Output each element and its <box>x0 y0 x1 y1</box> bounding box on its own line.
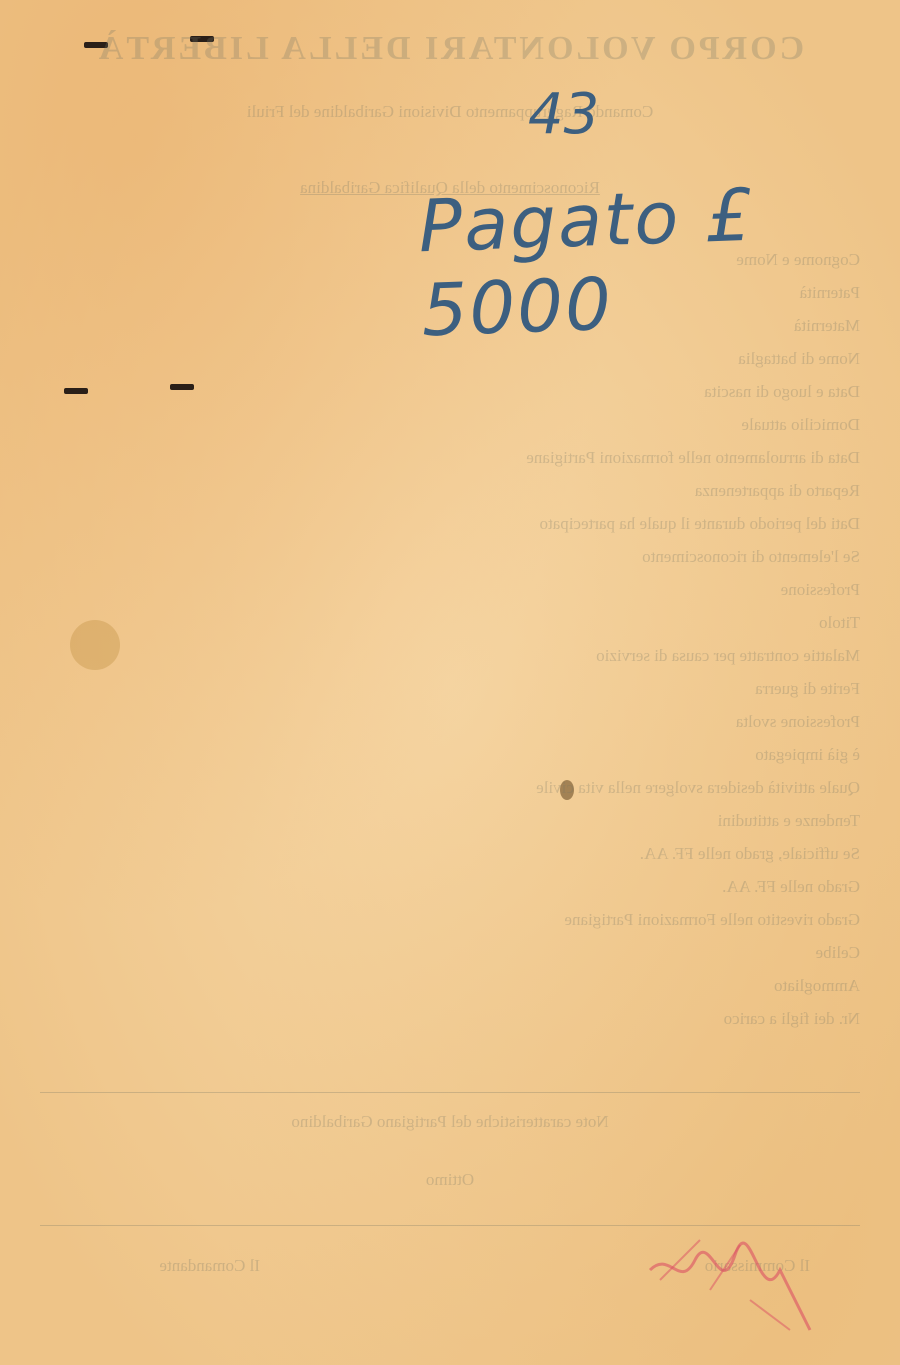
form-field-label: Professione svolta <box>736 712 860 732</box>
form-field-label: Reparto di appartenenza <box>695 481 860 501</box>
red-scribble-mark <box>640 1230 820 1340</box>
form-title: CORPO VOLONTARI DELLA LIBERTÀ <box>70 30 830 68</box>
form-field-label: Data di arruolamento nelle formazioni Pa… <box>526 448 860 468</box>
form-field-label: Ammogliato <box>774 976 860 996</box>
form-field-label: Malattie contratte per causa di servizio <box>596 646 860 666</box>
divider <box>40 1225 860 1226</box>
form-field-label: Grado rivestito nelle Formazioni Partigi… <box>564 910 860 930</box>
form-field-label: Domicilio attuale <box>742 415 861 435</box>
divider <box>40 1092 860 1093</box>
form-field-label: Quale attività desidera svolgere nella v… <box>536 778 860 798</box>
form-field-label: Tendenze e attitudini <box>718 811 860 831</box>
notes-sub: Ottimo <box>400 1170 500 1190</box>
form-field-label: Nr. dei figli a carico <box>724 1009 860 1029</box>
signature-right: Il Comandante <box>159 1256 260 1276</box>
form-field-label: Se ufficiale, grado nelle FF. AA. <box>640 844 860 864</box>
form-field-label: Ferite di guerra <box>755 679 860 699</box>
handwritten-payment-note: Pagato £ 5000 <box>417 168 900 353</box>
form-field-label: Grado nelle FF. AA. <box>722 877 860 897</box>
form-field-label: è già impiegato <box>755 745 860 765</box>
notes-heading: Note caratteristiche del Partigiano Gari… <box>200 1112 700 1132</box>
form-field-label: Celibe <box>816 943 860 963</box>
form-field-label: Professione <box>781 580 860 600</box>
form-field-label: Data e luogo di nascita <box>704 382 860 402</box>
form-field-label: Nome di battaglia <box>738 349 860 369</box>
document-page: CORPO VOLONTARI DELLA LIBERTÀ Comando Ra… <box>0 0 900 1365</box>
form-field-label: Se l'elemento di riconoscimento <box>642 547 860 567</box>
form-field-label: Titolo <box>819 613 860 633</box>
form-field-label: Dati del periodo durante il quale ha par… <box>539 514 860 534</box>
form-subtitle: Comando Raggruppamento Divisioni Garibal… <box>120 102 780 122</box>
handwritten-number: 43 <box>528 82 599 147</box>
